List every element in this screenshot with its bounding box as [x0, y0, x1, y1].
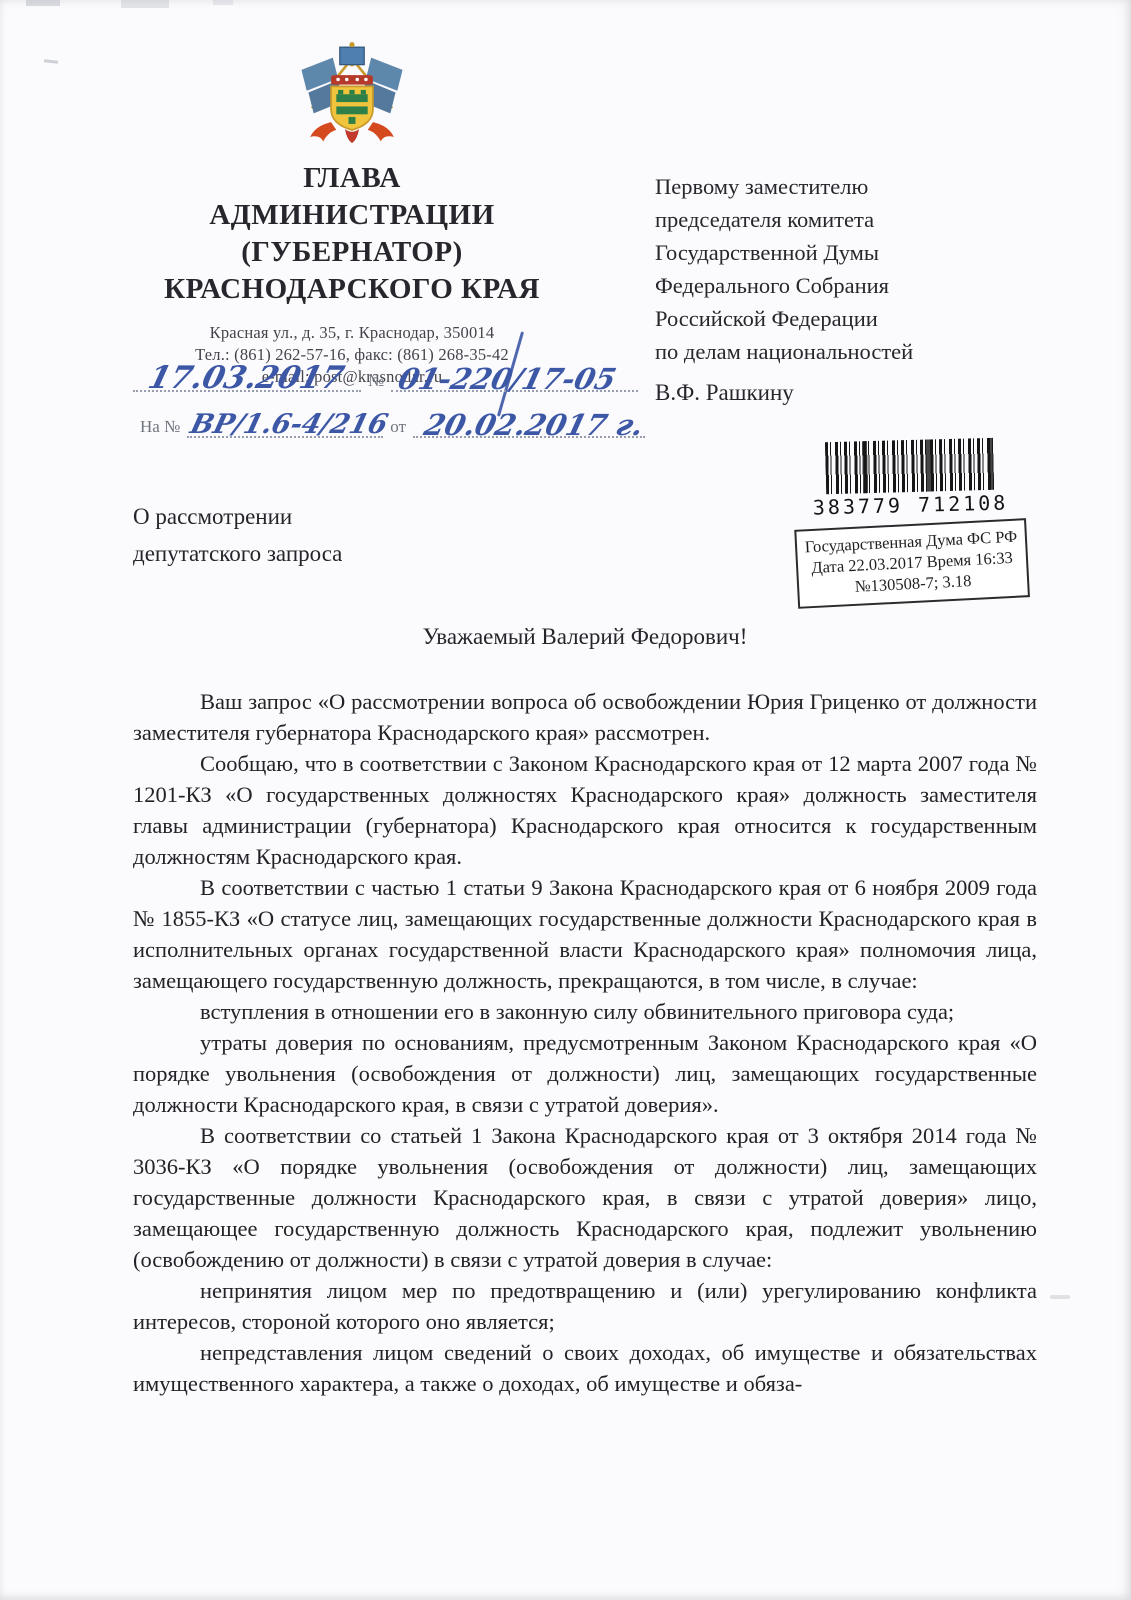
org-name-line: ГЛАВА [112, 160, 592, 197]
org-name-line: КРАСНОДАРСКОГО КРАЯ [112, 271, 592, 308]
subject-line: депутатского запроса [133, 535, 342, 572]
body-paragraph: Ваш запрос «О рассмотрении вопроса об ос… [133, 686, 1037, 748]
reply-date-dotted-line: 20.02.2017 г. [413, 404, 645, 438]
addressee-line: председателя комитета [655, 203, 1015, 236]
body-paragraph: непредставления лицом сведений о своих д… [133, 1337, 1037, 1399]
number-dotted-line: 01-220/17-05 [391, 358, 638, 392]
barcode-digits: 383779 712108 [794, 490, 1027, 520]
outgoing-date-handwritten: 17.03.2017 [145, 360, 348, 396]
body-paragraph: вступления в отношении его в законную си… [133, 996, 1037, 1027]
scanned-letter-page: ГЛАВА АДМИНИСТРАЦИИ (ГУБЕРНАТОР) КРАСНОД… [0, 0, 1131, 1600]
body-paragraph: утраты доверия по основаниям, предусмотр… [133, 1027, 1037, 1120]
org-name-line: АДМИНИСТРАЦИИ [112, 197, 592, 234]
scan-artifact [121, 0, 169, 8]
outgoing-reference-row: 17.03.2017 № 01-220/17-05 [133, 358, 638, 392]
date-dotted-line: 17.03.2017 [133, 358, 361, 392]
addressee-line: Государственной Думы [655, 236, 1015, 269]
addressee-line: Первому заместителю [655, 170, 1015, 203]
incoming-reference-row: На № ВР/1.6-4/216 от 20.02.2017 г. [133, 404, 645, 438]
reply-prefix-label: На № [133, 416, 187, 438]
letter-body: Ваш запрос «О рассмотрении вопроса об ос… [133, 686, 1037, 1399]
addressee-name: В.Ф. Рашкину [655, 380, 794, 406]
outgoing-number-handwritten: 01-220/17-05 [395, 362, 620, 396]
registration-stamp-box: Государственная Дума ФС РФ Дата 22.03.20… [794, 518, 1030, 609]
reply-number-handwritten: ВР/1.6-4/216 [187, 409, 391, 440]
duma-registration-stamp: 383779 712108 Государственная Дума ФС РФ… [793, 437, 1029, 606]
number-sign-label: № [361, 370, 391, 392]
salutation: Уважаемый Валерий Федорович! [133, 624, 1037, 650]
body-paragraph: непринятия лицом мер по предотвращению и… [133, 1275, 1037, 1337]
scan-artifact [213, 0, 233, 5]
scan-artifact [1050, 1295, 1070, 1299]
barcode [825, 438, 994, 494]
reply-number-dotted-line: ВР/1.6-4/216 [187, 404, 383, 438]
subject-line: О рассмотрении [133, 498, 342, 535]
addressee-line: Федерального Собрания [655, 269, 1015, 302]
body-paragraph: В соответствии с частью 1 статьи 9 Закон… [133, 872, 1037, 996]
addressee-block: Первому заместителю председателя комитет… [655, 170, 1015, 368]
scan-artifact [44, 59, 58, 63]
letter-subject: О рассмотрении депутатского запроса [133, 498, 342, 572]
org-name-line: (ГУБЕРНАТОР) [112, 234, 592, 271]
krasnodar-coat-of-arms-icon [291, 40, 413, 152]
addressee-line: Российской Федерации [655, 302, 1015, 335]
reply-date-handwritten: 20.02.2017 г. [421, 408, 648, 442]
addressee-line: по делам национальностей [655, 335, 1015, 368]
body-paragraph: Сообщаю, что в соответствии с Законом Кр… [133, 748, 1037, 872]
body-paragraph: В соответствии со статьей 1 Закона Красн… [133, 1120, 1037, 1275]
scan-artifact [26, 0, 60, 6]
